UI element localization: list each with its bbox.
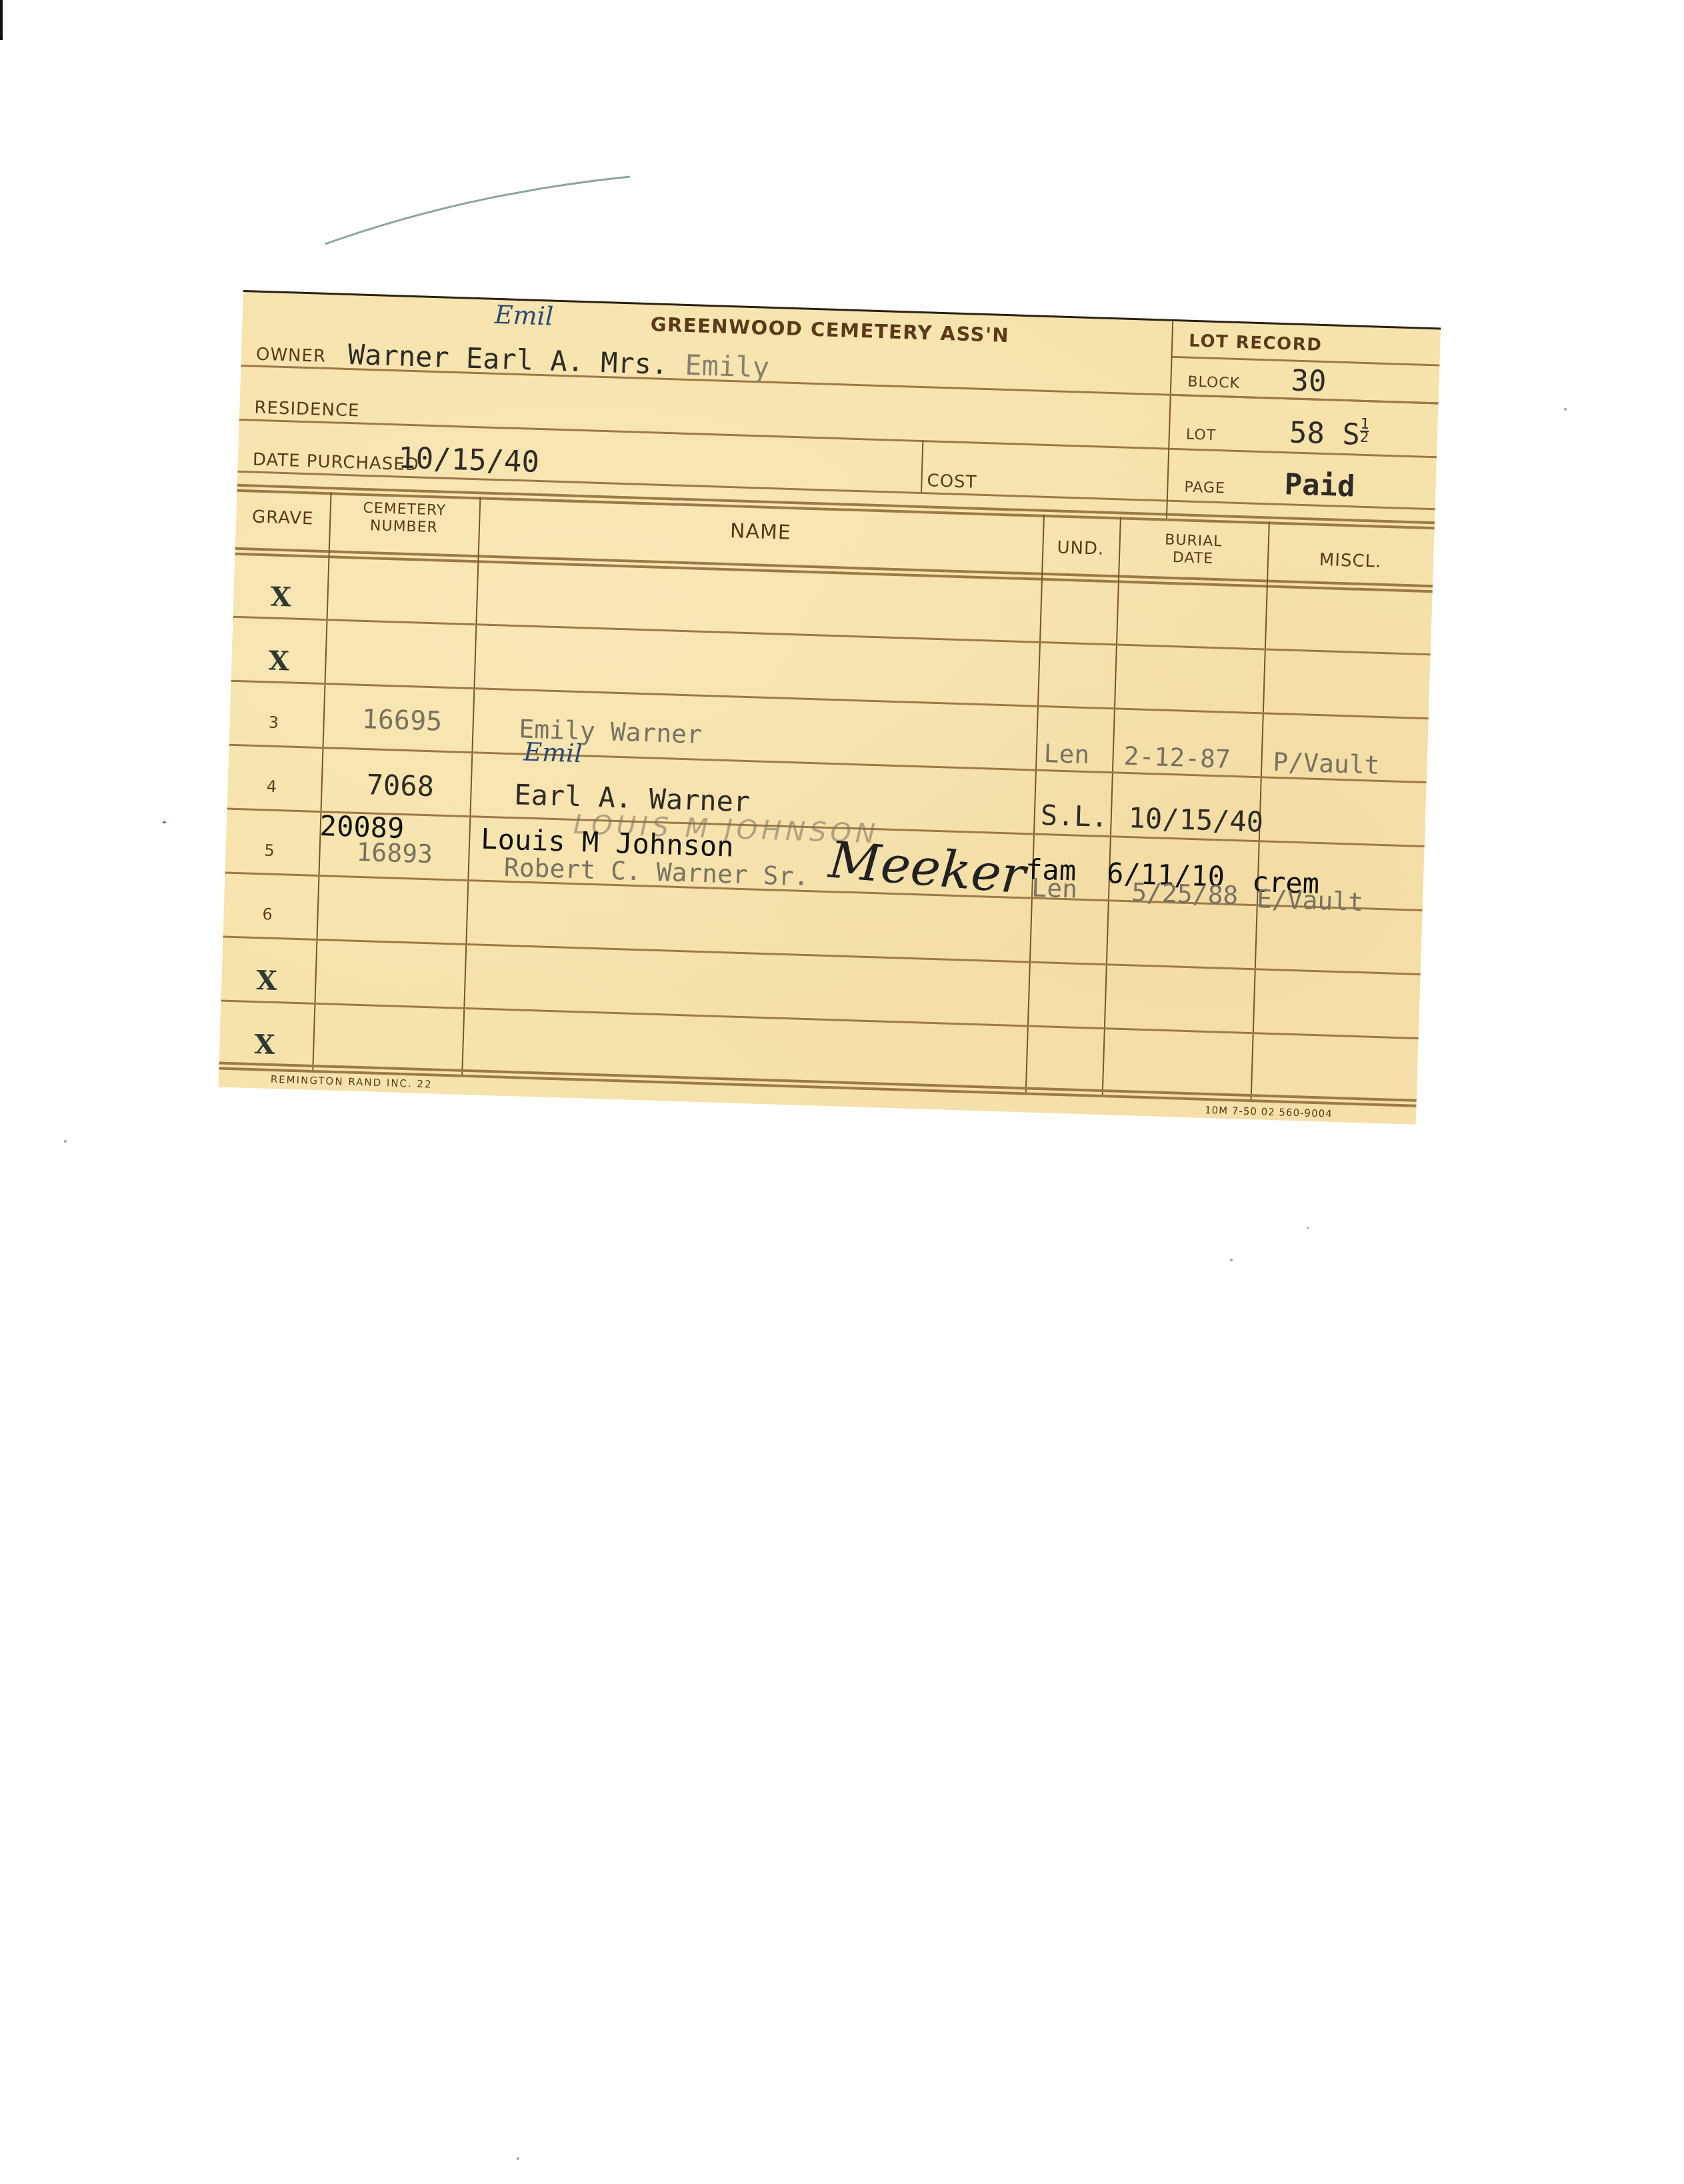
date-purchased-label: DATE PURCHASED <box>253 450 420 475</box>
row-rule <box>221 999 1418 1039</box>
lot-record-card: GREENWOOD CEMETERY ASS'N LOT RECORD OWNE… <box>218 290 1441 1125</box>
row-4-und: S.L. <box>1040 799 1109 833</box>
scan-speck <box>163 821 166 823</box>
owner-faint: Emily <box>685 349 770 384</box>
owner-label: OWNER <box>256 345 327 367</box>
cost-label: COST <box>927 471 977 492</box>
col-und: UND. <box>1042 537 1119 560</box>
owner-typed: Warner Earl A. Mrs. <box>347 338 669 381</box>
scan-speck <box>517 2157 519 2160</box>
scan-speck <box>1230 1259 1233 1261</box>
lot-label: LOT <box>1185 427 1216 444</box>
scan-speck <box>1564 408 1567 411</box>
row-4-cemetery-number: 7068 <box>366 768 435 803</box>
row-3-und: Len <box>1043 739 1090 769</box>
form-number: 10M 7-50 02 560-9004 <box>1205 1104 1333 1120</box>
grave-2-x-mark: X <box>268 645 290 677</box>
lot-record-title: LOT RECORD <box>1189 331 1323 355</box>
row-3-cemetery-number: 16695 <box>361 704 443 737</box>
row-5-prior-und: Len <box>1031 873 1078 904</box>
row-4-handwritten-note: Emil <box>523 737 583 769</box>
org-title: GREENWOOD CEMETERY ASS'N <box>650 313 1010 347</box>
block-label: BLOCK <box>1187 374 1240 392</box>
scan-speck <box>64 1140 67 1143</box>
divider-cost <box>921 440 923 492</box>
row-rule <box>223 936 1420 975</box>
col-grave: GRAVE <box>236 507 330 529</box>
col-name: NAME <box>479 511 1043 553</box>
row-rule <box>225 872 1422 911</box>
divider-lot-record <box>1166 321 1173 519</box>
page-value: Paid <box>1284 467 1356 503</box>
lot-fraction: 12 <box>1360 419 1369 444</box>
scan-speck <box>1307 1227 1309 1229</box>
lot-value: 58 S12 <box>1289 415 1369 452</box>
row-5-prior-burial-date: 5/25/88 <box>1131 877 1239 910</box>
page-label: PAGE <box>1184 479 1225 497</box>
date-purchased-value: 10/15/40 <box>397 441 539 479</box>
lot-fraction-denominator: 2 <box>1360 432 1369 444</box>
grave-8-x-mark: X <box>254 1029 276 1061</box>
lot-number: 58 S <box>1289 415 1361 451</box>
residence-label: RESIDENCE <box>254 398 360 421</box>
grave-3-number: 3 <box>268 713 279 732</box>
row-rule <box>233 616 1431 655</box>
grave-5-number: 5 <box>264 841 275 859</box>
grave-7-x-mark: X <box>256 965 278 997</box>
divider-cemetery-number <box>461 497 481 1075</box>
grave-4-number: 4 <box>266 777 277 795</box>
owner-value: Warner Earl A. Mrs. Emily <box>347 338 769 384</box>
divider-grave <box>312 492 331 1070</box>
row-5-signature: Meeker <box>827 829 1028 905</box>
grave-6-number: 6 <box>262 905 273 923</box>
col-miscl: MISCL. <box>1267 548 1434 573</box>
row-4-burial-date: 10/15/40 <box>1128 801 1264 838</box>
row-3-miscl: P/Vault <box>1273 747 1380 780</box>
row-3-burial-date: 2-12-87 <box>1123 741 1231 774</box>
row-5-prior-name: Robert C. Warner Sr. <box>503 853 809 891</box>
printer-imprint: REMINGTON RAND INC. 22 <box>271 1073 433 1091</box>
row-5-prior-miscl: E/Vault <box>1256 884 1363 917</box>
grave-1-x-mark: X <box>270 581 292 613</box>
row-5-prior-cemetery-number: 16893 <box>356 837 433 869</box>
owner-handwritten-note: Emil <box>494 300 553 331</box>
block-value: 30 <box>1291 363 1327 399</box>
scan-edge-mark <box>0 0 3 40</box>
